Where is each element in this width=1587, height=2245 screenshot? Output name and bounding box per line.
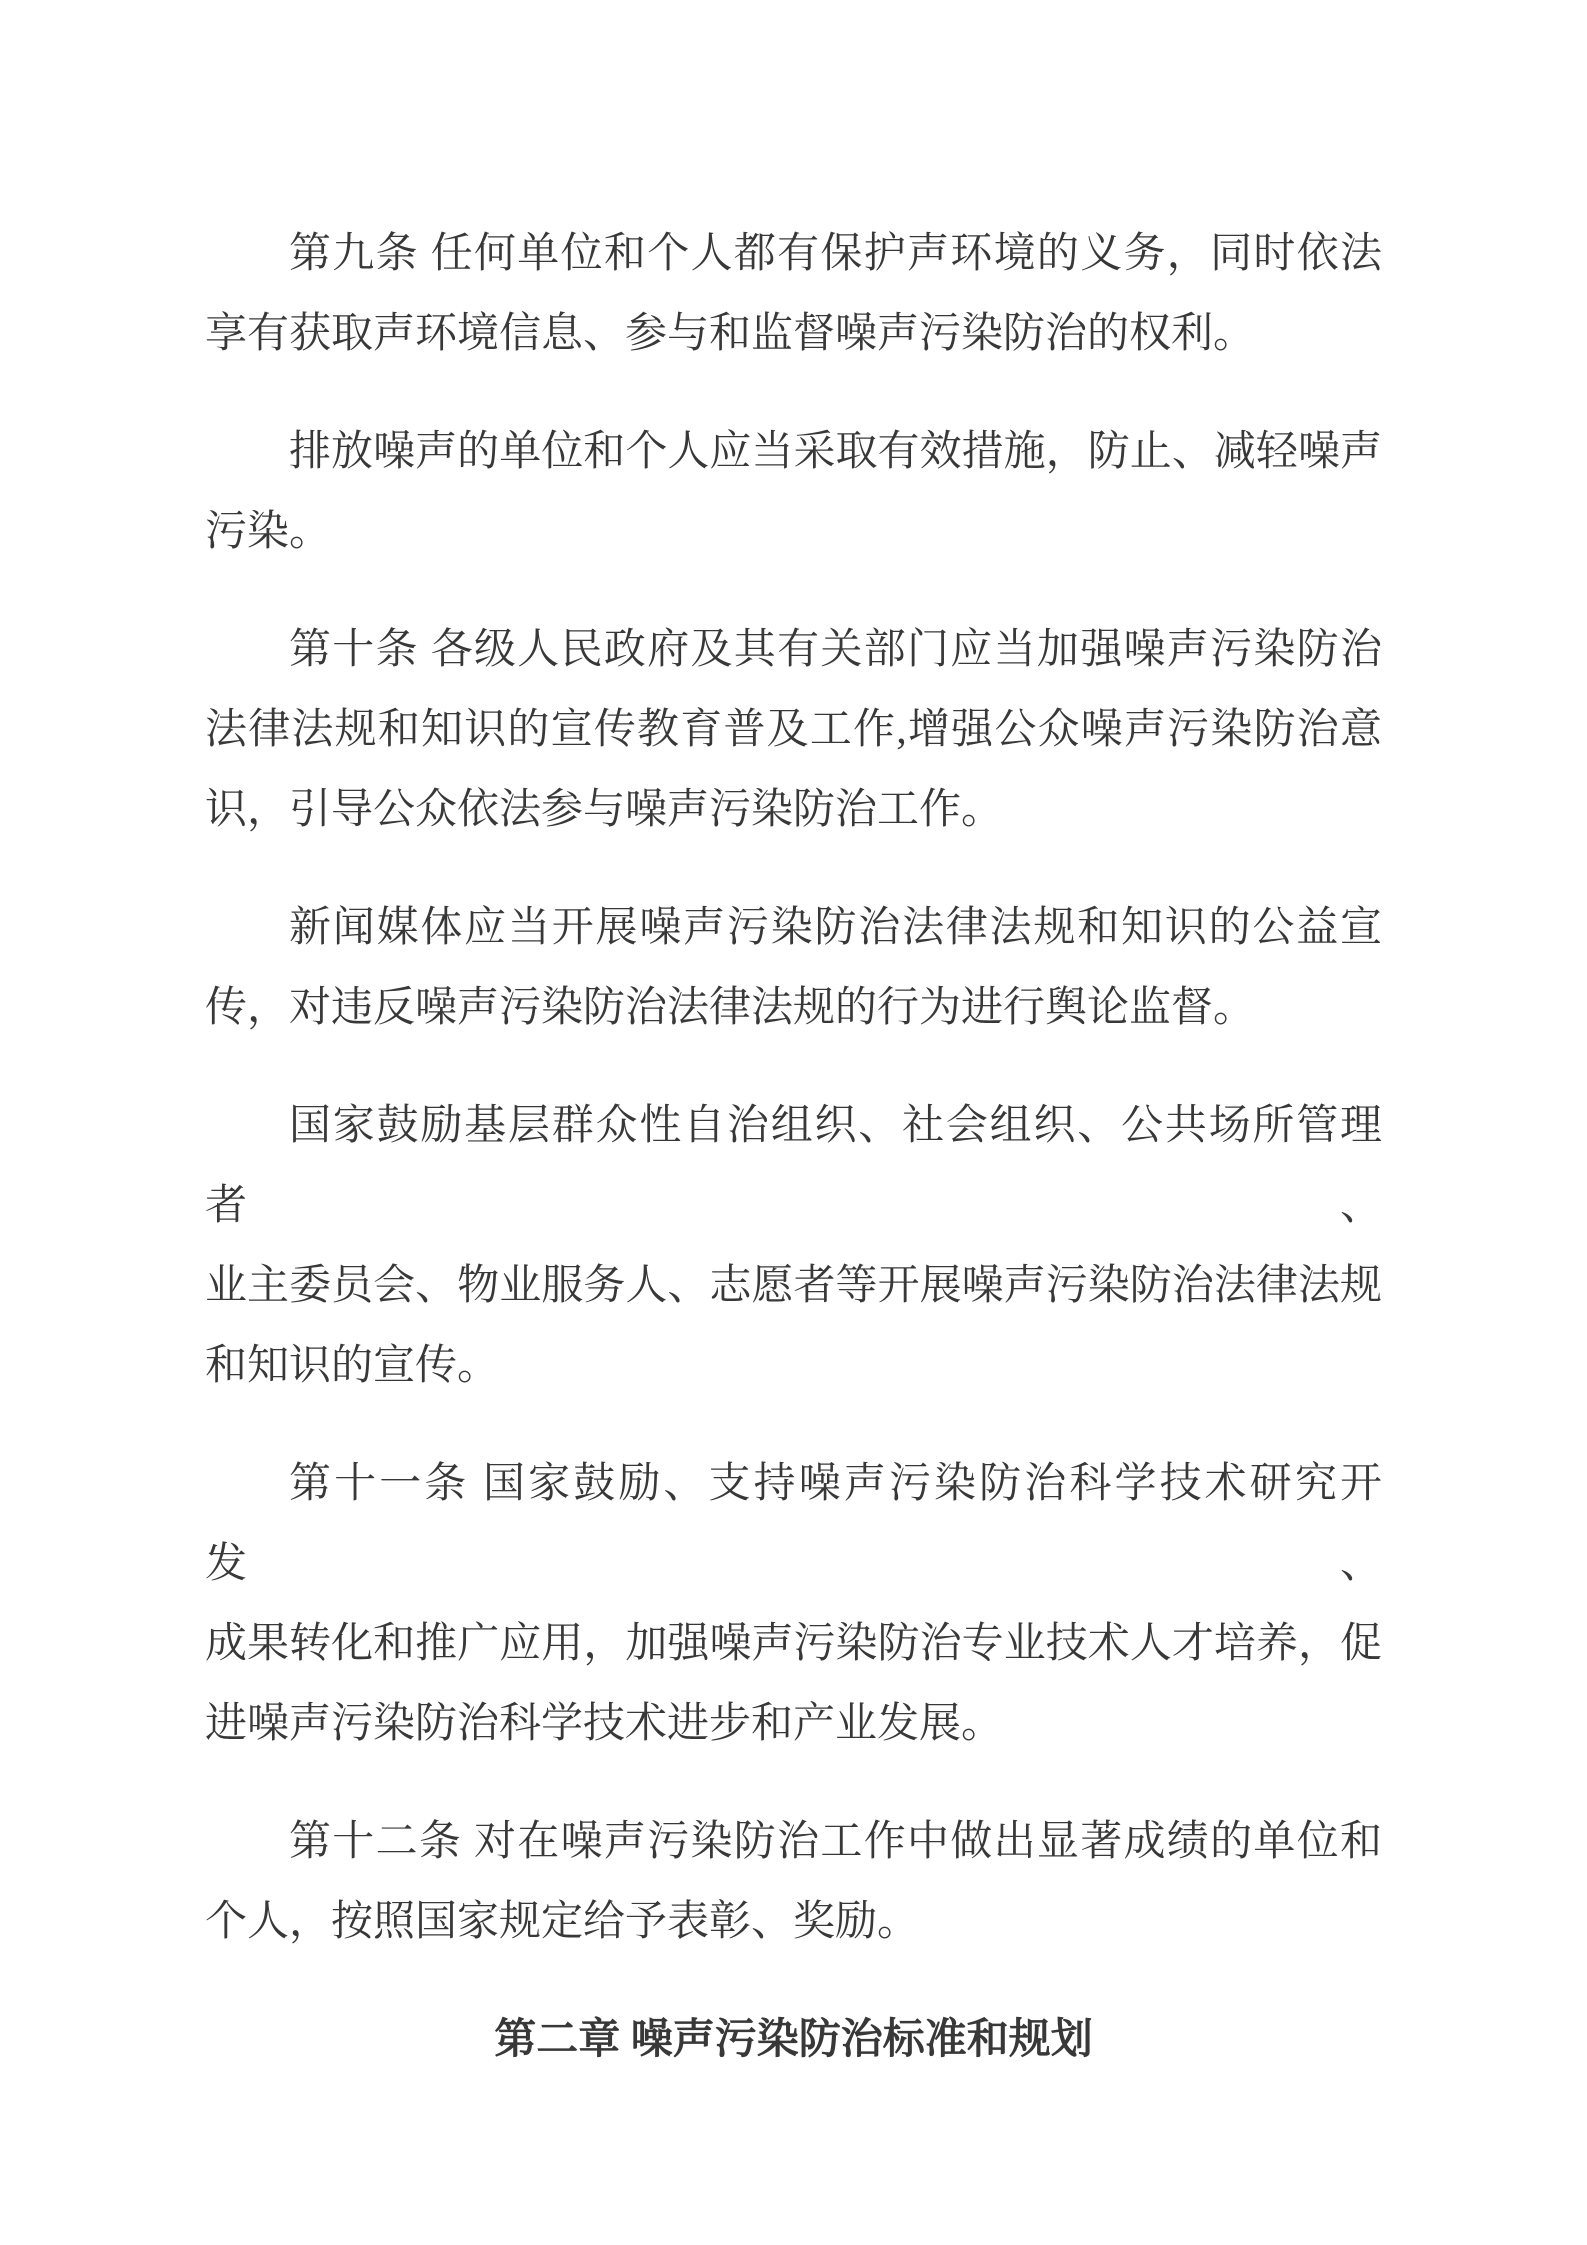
text-line: 业主委员会、物业服务人、志愿者等开展噪声污染防治法律法规 [205,1246,1382,1326]
text-line: 国家鼓励基层群众性自治组织、社会组织、公共场所管理者、 [205,1086,1382,1246]
document-page: 第九条 任何单位和个人都有保护声环境的义务，同时依法 享有获取声环境信息、参与和… [0,0,1587,2245]
paragraph-article-9: 第九条 任何单位和个人都有保护声环境的义务，同时依法 享有获取声环境信息、参与和… [205,214,1382,374]
text-line: 新闻媒体应当开展噪声污染防治法律法规和知识的公益宣 [205,888,1382,968]
text-line: 进噪声污染防治科学技术进步和产业发展。 [205,1684,1382,1764]
text-line: 传，对违反噪声污染防治法律法规的行为进行舆论监督。 [205,968,1382,1048]
paragraph-article-11: 第十一条 国家鼓励、支持噪声污染防治科学技术研究开发、 成果转化和推广应用，加强… [205,1444,1382,1764]
text-line: 享有获取声环境信息、参与和监督噪声污染防治的权利。 [205,294,1382,374]
paragraph-article-10: 第十条 各级人民政府及其有关部门应当加强噪声污染防治 法律法规和知识的宣传教育普… [205,610,1382,850]
text-line: 识，引导公众依法参与噪声污染防治工作。 [205,770,1382,850]
text-line: 第九条 任何单位和个人都有保护声环境的义务，同时依法 [205,214,1382,294]
text-line: 个人，按照国家规定给予表彰、奖励。 [205,1882,1382,1962]
paragraph-article-9-clause-2: 排放噪声的单位和个人应当采取有效措施，防止、减轻噪声 污染。 [205,412,1382,572]
paragraph-article-10-clause-2: 新闻媒体应当开展噪声污染防治法律法规和知识的公益宣 传，对违反噪声污染防治法律法… [205,888,1382,1048]
paragraph-article-10-clause-3: 国家鼓励基层群众性自治组织、社会组织、公共场所管理者、 业主委员会、物业服务人、… [205,1086,1382,1406]
text-line: 法律法规和知识的宣传教育普及工作,增强公众噪声污染防治意 [205,690,1382,770]
text-line: 第十二条 对在噪声污染防治工作中做出显著成绩的单位和 [205,1802,1382,1882]
chapter-heading-text: 第二章 噪声污染防治标准和规划 [205,2000,1382,2080]
text-line: 排放噪声的单位和个人应当采取有效措施，防止、减轻噪声 [205,412,1382,492]
text-line: 和知识的宣传。 [205,1326,1382,1406]
text-line: 第十一条 国家鼓励、支持噪声污染防治科学技术研究开发、 [205,1444,1382,1604]
text-line: 成果转化和推广应用，加强噪声污染防治专业技术人才培养，促 [205,1604,1382,1684]
paragraph-article-12: 第十二条 对在噪声污染防治工作中做出显著成绩的单位和 个人，按照国家规定给予表彰… [205,1802,1382,1962]
text-line: 第十条 各级人民政府及其有关部门应当加强噪声污染防治 [205,610,1382,690]
chapter-heading: 第二章 噪声污染防治标准和规划 [205,2000,1382,2080]
text-line: 污染。 [205,492,1382,572]
